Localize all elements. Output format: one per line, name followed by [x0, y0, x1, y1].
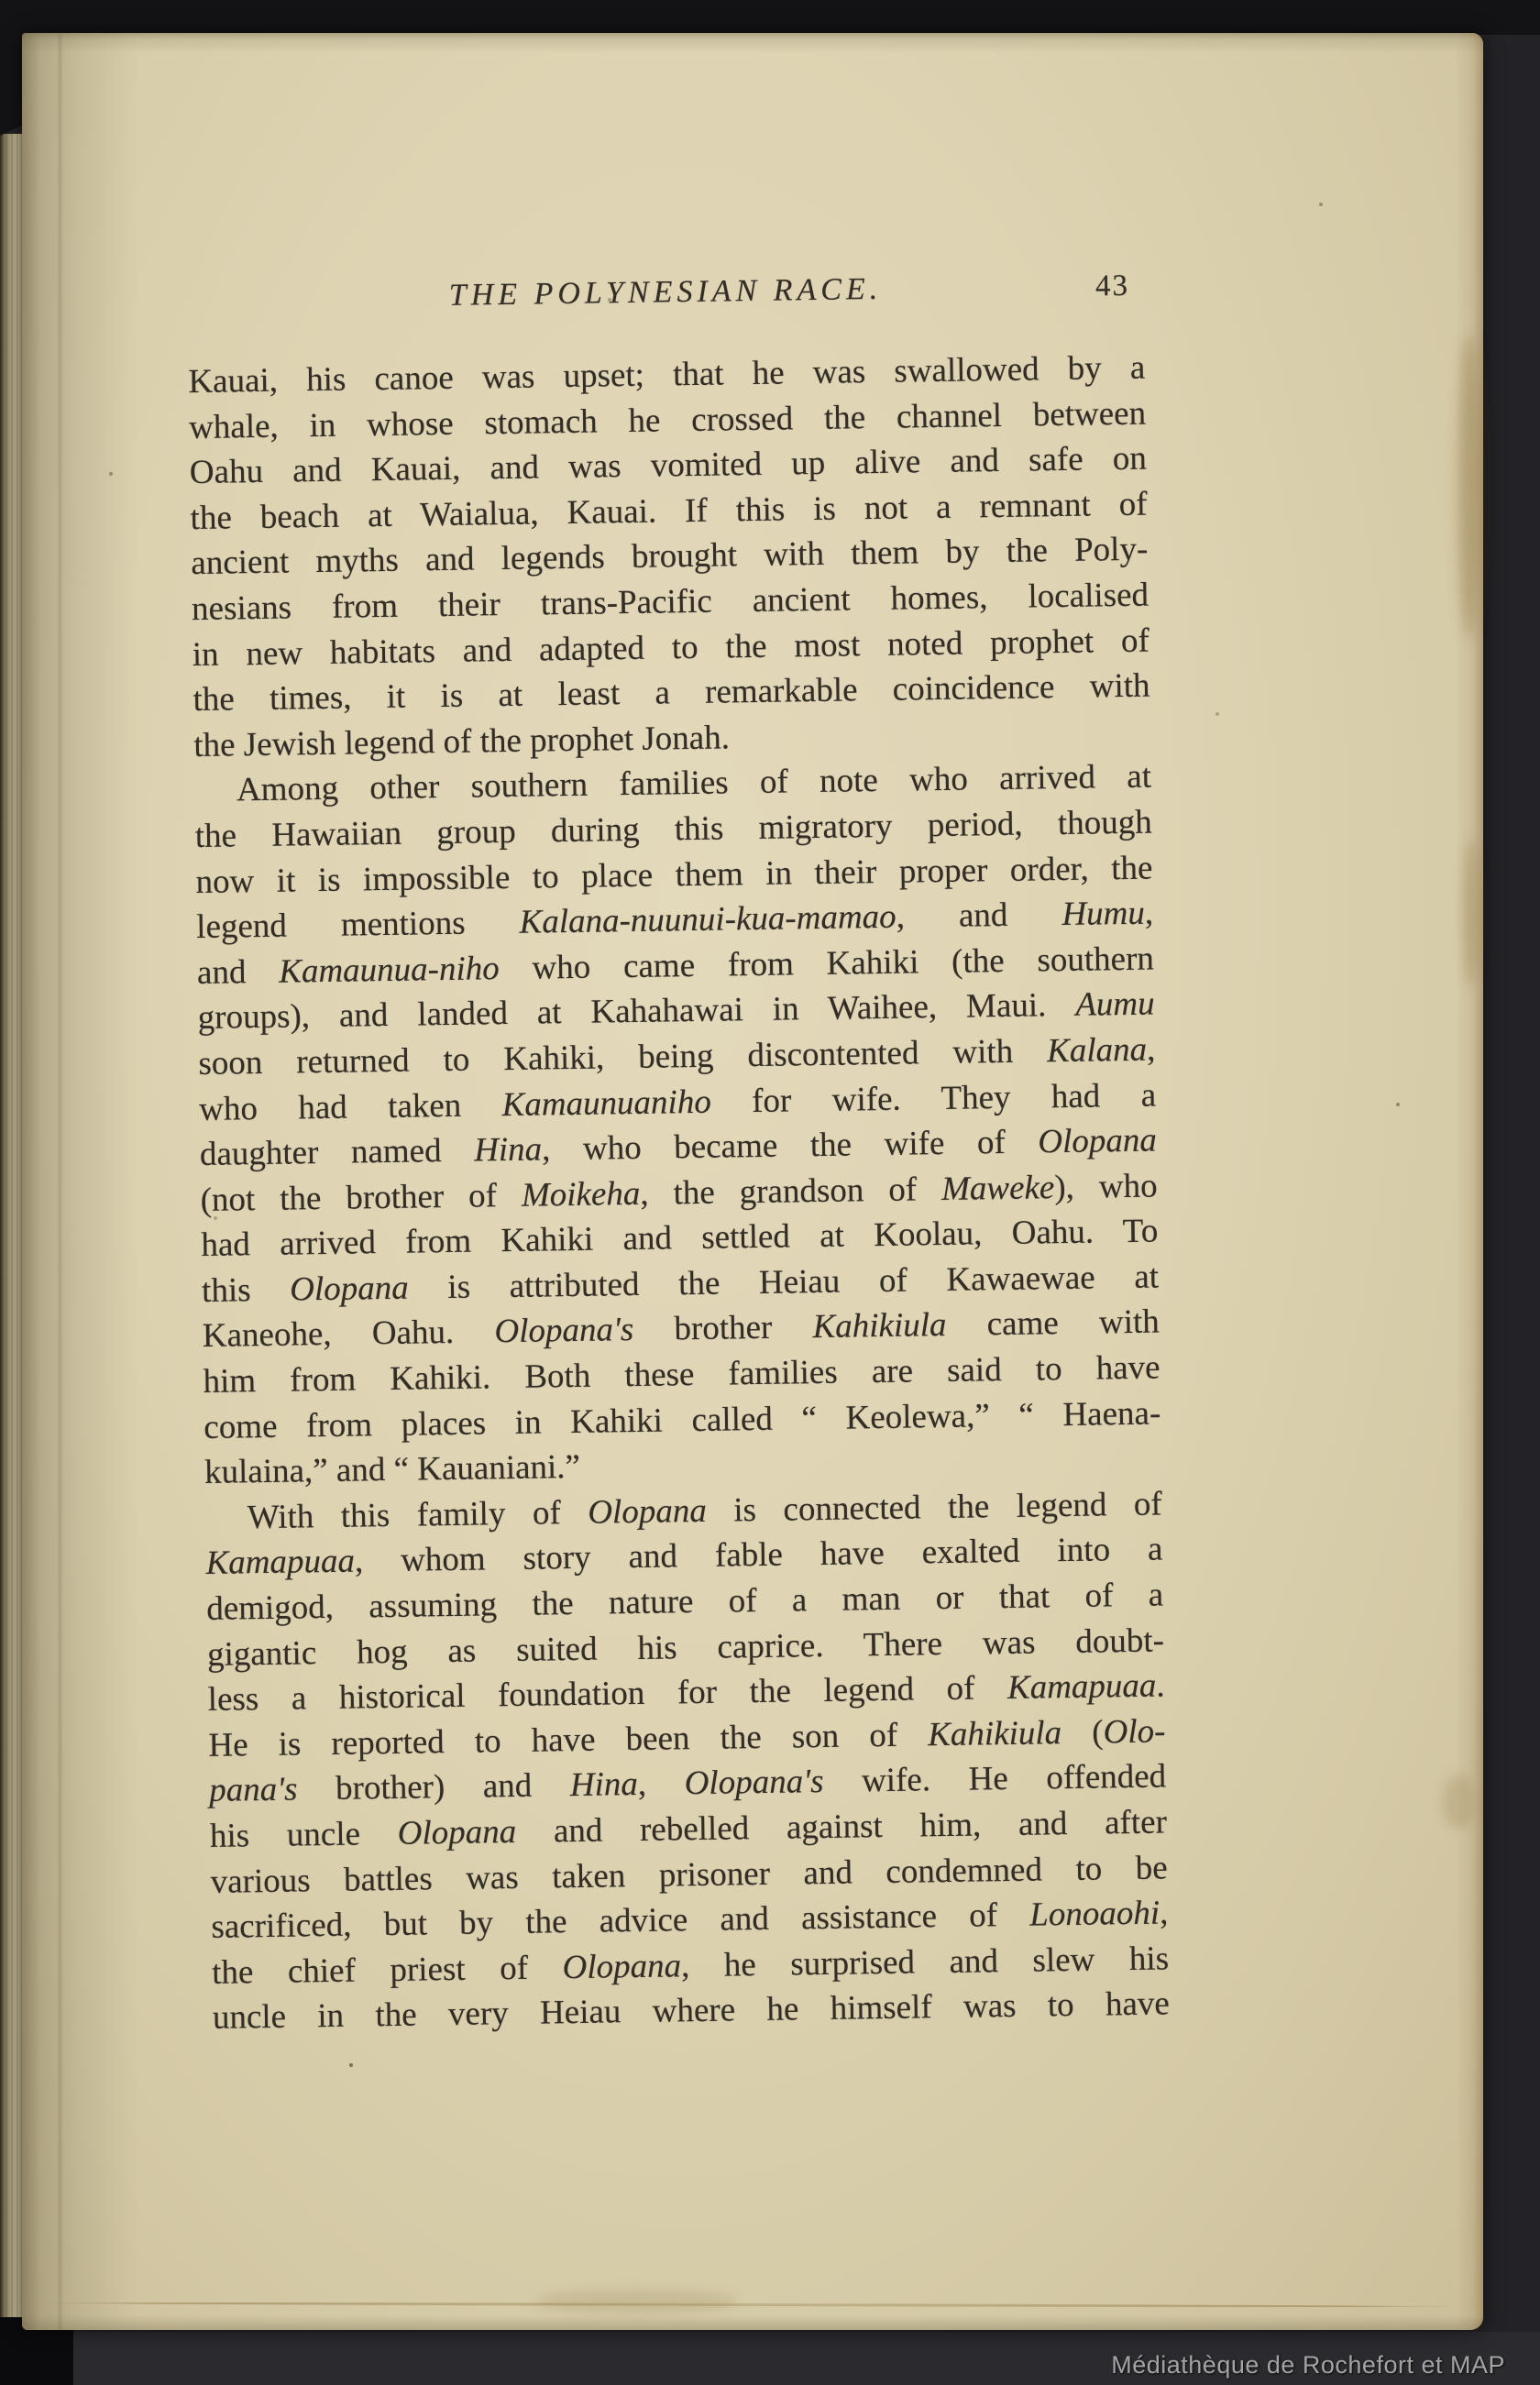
page-bottom-seam	[35, 2302, 1465, 2308]
stain	[535, 2290, 737, 2314]
scan-background-top	[0, 0, 1540, 35]
page-number: 43	[1095, 264, 1130, 310]
paragraph: Among other southern families of note wh…	[194, 754, 1162, 1496]
paper-specks	[22, 33, 24, 35]
page-crease	[59, 33, 61, 2330]
page-edge-bottom	[22, 2315, 1483, 2330]
page-edge-right	[1456, 33, 1483, 2330]
book-page: THE POLYNESIAN RACE. 43 Kauai, his canoe…	[22, 33, 1483, 2330]
running-title: THE POLYNESIAN RACE.	[187, 263, 1145, 323]
book-spine-edge	[0, 134, 24, 2321]
page-header: THE POLYNESIAN RACE. 43	[187, 263, 1145, 323]
paragraphs: Kauai, his canoe was upset; that he was …	[188, 346, 1170, 2041]
scanned-page-view: THE POLYNESIAN RACE. 43 Kauai, his canoe…	[0, 0, 1540, 2385]
paragraph: Kauai, his canoe was upset; that he was …	[188, 346, 1151, 769]
paragraph: With this family of Olopana is connected…	[204, 1481, 1170, 2041]
page-text-block: THE POLYNESIAN RACE. 43 Kauai, his canoe…	[187, 263, 1170, 2041]
page-gutter-shadow	[22, 33, 141, 2330]
page-edge-top	[22, 33, 1483, 53]
library-watermark: Médiathèque de Rochefort et MAP	[1111, 2351, 1505, 2380]
